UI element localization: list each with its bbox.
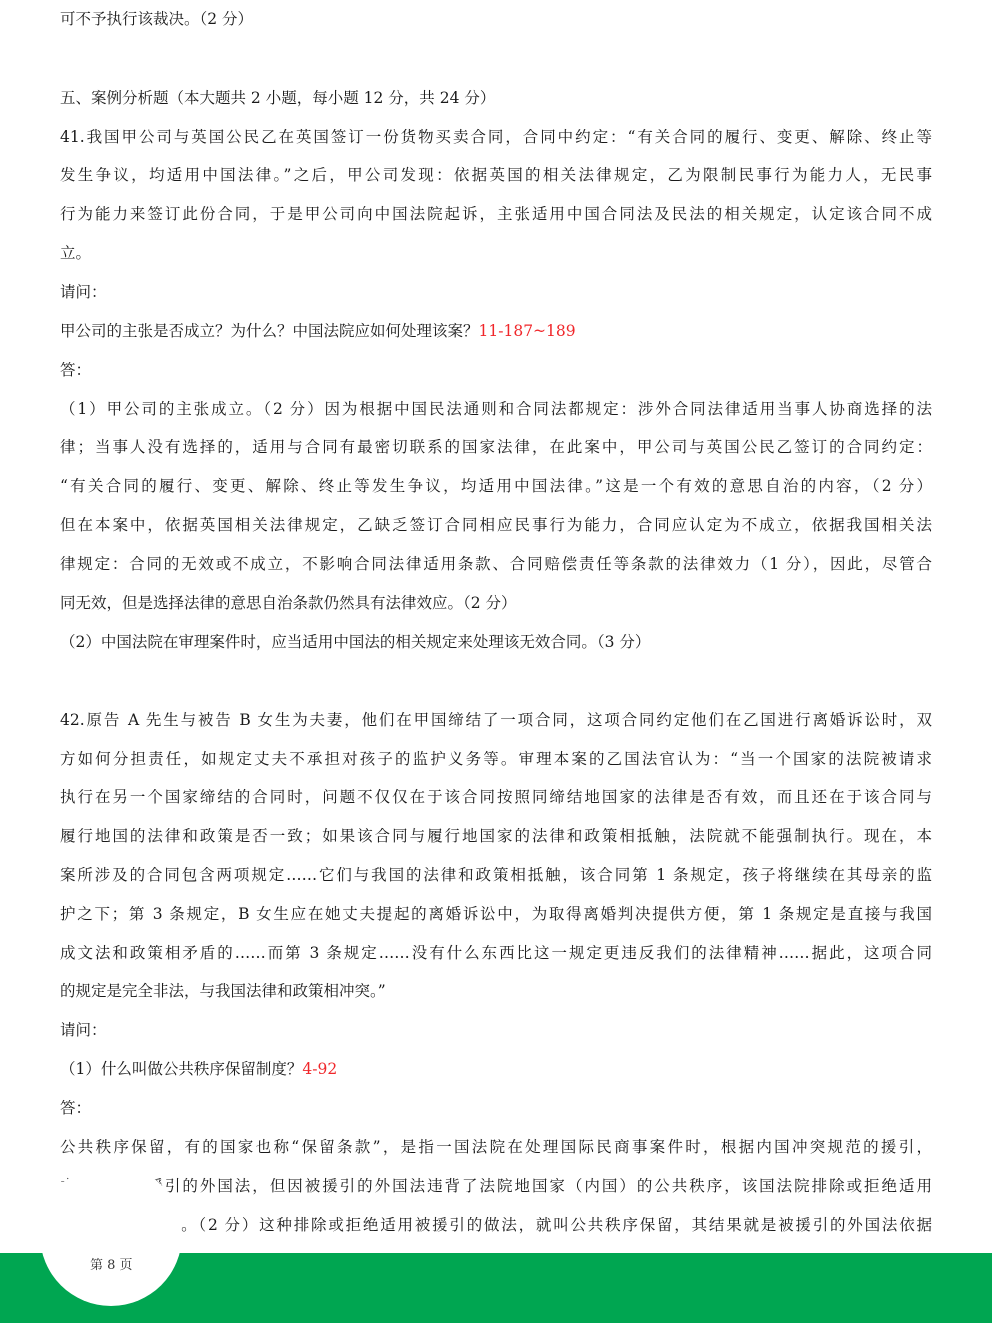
ask-label: 请问：: [60, 1018, 932, 1042]
question-42-text: 成文法和政策相矛盾的……而第 3 条规定……没有什么东西比这一规定更违反我们的法…: [60, 941, 932, 965]
answer-41-text: 但在本案中，依据英国相关法律规定，乙缺乏签订合同相应民事行为能力，合同应认定为不…: [60, 513, 932, 537]
question-42-text: 护之下；第 3 条规定，B 女生应在她丈夫提起的离婚诉讼中，为取得离婚判决提供方…: [60, 902, 932, 926]
answer-41-text: （1）甲公司的主张成立。（2 分）因为根据中国民法通则和合同法都规定：涉外合同法…: [60, 397, 932, 421]
question-41-text: 行为能力来签订此份合同，于是甲公司向中国法院起诉，主张适用中国合同法及民法的相关…: [60, 202, 932, 226]
answer-label: 答：: [60, 358, 932, 382]
answer-41-text: “有关合同的履行、变更、解除、终止等发生争议，均适用中国法律。”这是一个有效的意…: [60, 474, 932, 498]
answer-41-text: 同无效，但是选择法律的意思自治条款仍然具有法律效应。（2 分）: [60, 591, 932, 615]
question-42-text: 案所涉及的合同包含两项规定……它们与我国的法律和政策相抵触，该合同第 1 条规定…: [60, 863, 932, 887]
question-42-text: 执行在另一个国家缔结的合同时，问题不仅仅在于该合同按照同缔结地国家的法律是否有效…: [60, 785, 932, 809]
question-42-text: 的规定是完全非法，与我国法律和政策相冲突。”: [60, 979, 932, 1003]
answer-41-part2: （2）中国法院在审理案件时，应当适用中国法的相关规定来处理该无效合同。（3 分）: [60, 630, 932, 654]
question-text: 甲公司的主张是否成立？为什么？中国法院应如何处理该案？: [60, 322, 479, 340]
question-41-text: 发生争议，均适用中国法律。”之后，甲公司发现：依据英国的相关法律规定，乙为限制民…: [60, 163, 932, 187]
page-number: 第 8 页: [90, 1256, 133, 1276]
answer-42-text: 本应适用被援引的外国法，但因被援引的外国法违背了法院地国家（内国）的公共秩序，该…: [60, 1174, 932, 1198]
ask-label: 请问：: [60, 280, 932, 304]
answer-42-text: 被援引的外国法。（2 分）这种排除或拒绝适用被援引的做法，就叫公共秩序保留，其结…: [60, 1213, 932, 1237]
question-41-ask: 甲公司的主张是否成立？为什么？中国法院应如何处理该案？11-187~189: [60, 319, 932, 343]
answer-label: 答：: [60, 1096, 932, 1120]
question-42-text: 42.原告 A 先生与被告 B 女生为夫妻，他们在甲国缔结了一项合同，这项合同约…: [60, 708, 932, 732]
question-42-text: 履行地国的法律和政策是否一致；如果该合同与履行地国家的法律和政策相抵触，法院就不…: [60, 824, 932, 848]
question-42-text: 方如何分担责任，如规定丈夫不承担对孩子的监护义务等。审理本案的乙国法官认为：“当…: [60, 747, 932, 771]
answer-continuation: 可不予执行该裁决。（2 分）: [60, 7, 932, 31]
section-heading: 五、案例分析题（本大题共 2 小题，每小题 12 分，共 24 分）: [60, 86, 932, 110]
question-41-text: 41.我国甲公司与英国公民乙在英国签订一份货物买卖合同，合同中约定：“有关合同的…: [60, 125, 932, 149]
answer-41-text: 律规定：合同的无效或不成立，不影响合同法律适用条款、合同赔偿责任等条款的法律效力…: [60, 552, 932, 576]
question-42-ask: （1）什么叫做公共秩序保留制度？4-92: [60, 1057, 932, 1081]
footer-page-badge: [40, 1164, 182, 1306]
question-text: （1）什么叫做公共秩序保留制度？: [60, 1060, 302, 1078]
answer-42-text: 公共秩序保留，有的国家也称“保留条款”，是指一国法院在处理国际民商事案件时，根据…: [60, 1135, 932, 1159]
page-reference: 11-187~189: [479, 322, 576, 340]
question-41-text: 立。: [60, 241, 932, 265]
page-reference: 4-92: [302, 1060, 337, 1078]
answer-41-text: 律；当事人没有选择的，适用与合同有最密切联系的国家法律，在此案中，甲公司与英国公…: [60, 435, 932, 459]
